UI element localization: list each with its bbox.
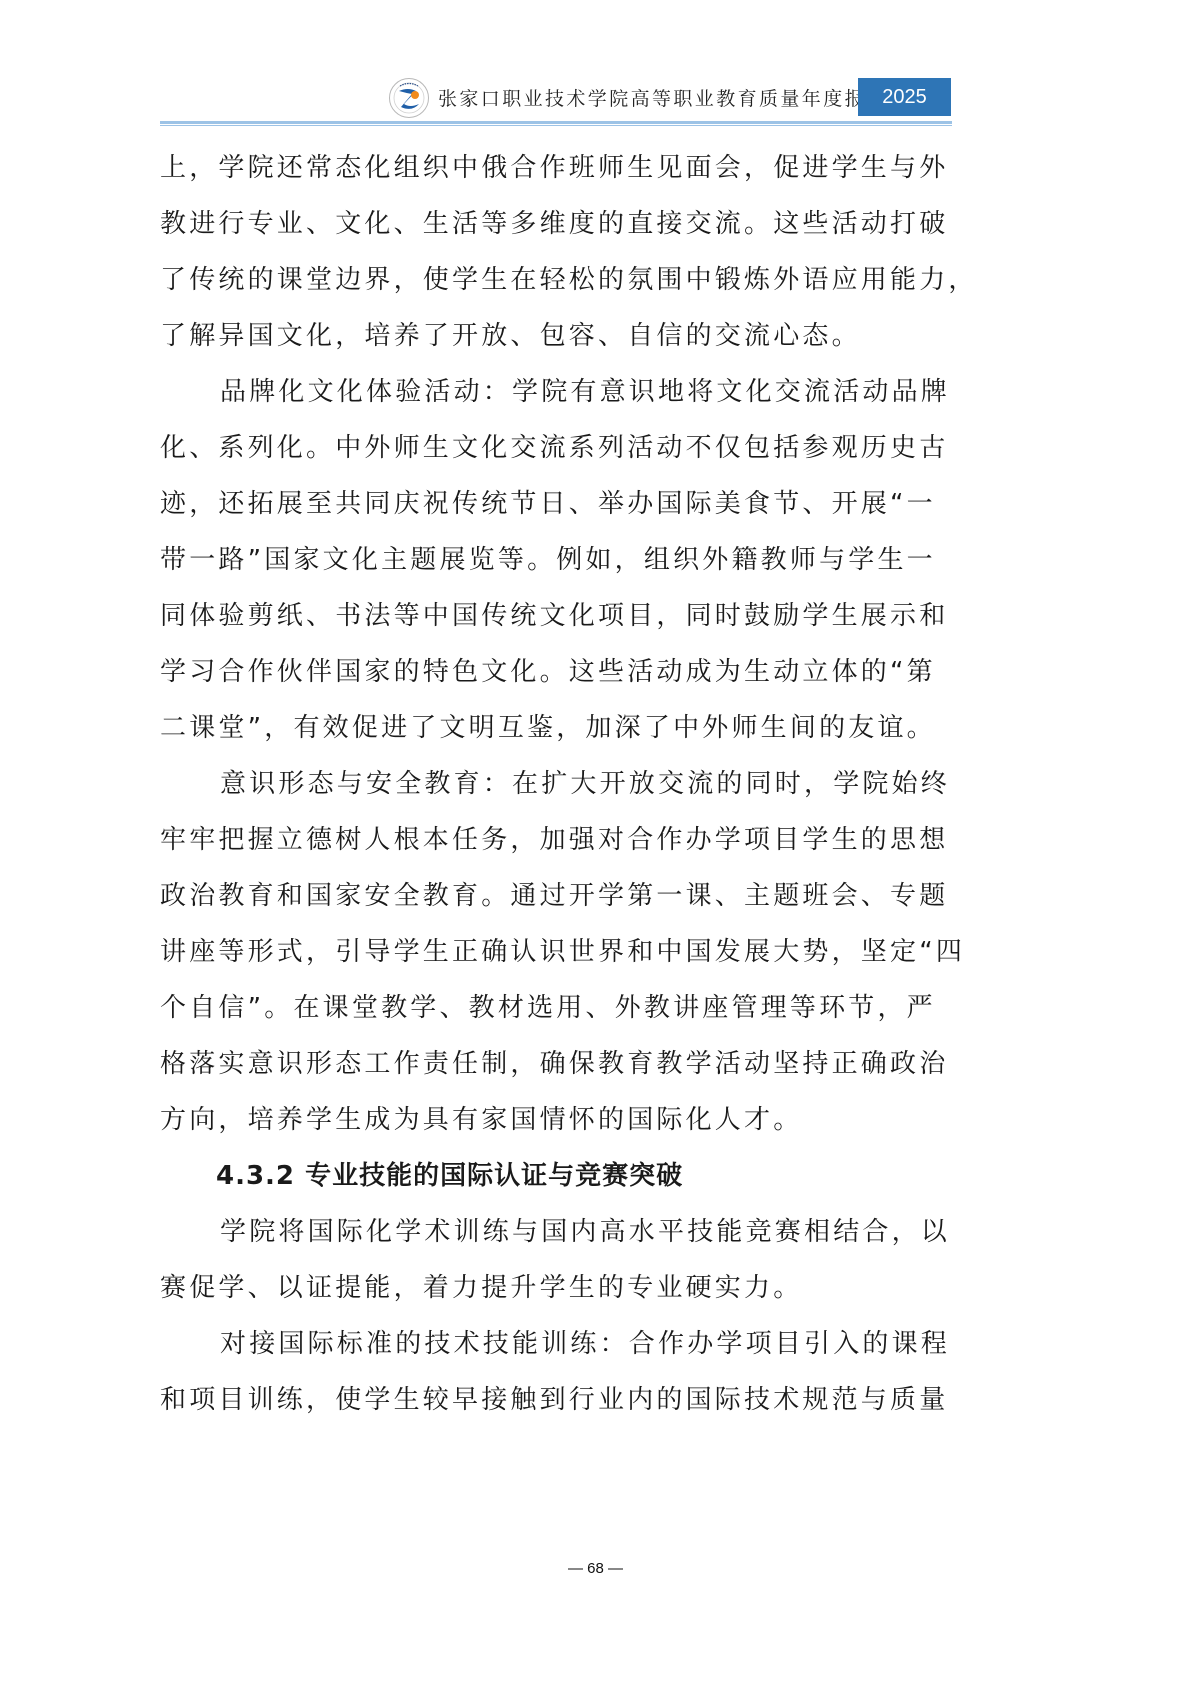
text-line: 上，学院还常态化组织中俄合作班师生见面会，促进学生与外 [160,140,952,196]
text-line: 了传统的课堂边界，使学生在轻松的氛围中锻炼外语应用能力， [160,252,952,308]
year-badge: 2025 [858,78,951,116]
text-line: 二课堂”，有效促进了文明互鉴，加深了中外师生间的友谊。 [160,700,952,756]
paragraph-start-line: 对接国际标准的技术技能训练：合作办学项目引入的课程 [160,1316,952,1372]
text-line: 格落实意识形态工作责任制，确保教育教学活动坚持正确政治 [160,1036,952,1092]
document-page: 张家口职业技术学院高等职业教育质量年度报告 2025 上，学院还常态化组织中俄合… [0,0,1191,1684]
text-line: 讲座等形式，引导学生正确认识世界和中国发展大势，坚定“四 [160,924,952,980]
report-title: 张家口职业技术学院高等职业教育质量年度报告 [438,84,887,114]
paragraph-start-line: 意识形态与安全教育：在扩大开放交流的同时，学院始终 [160,756,952,812]
text-line: 迹，还拓展至共同庆祝传统节日、举办国际美食节、开展“一 [160,476,952,532]
college-logo-icon [388,77,430,119]
page-number: — 68 — [0,1560,1191,1577]
paragraph-start-line: 品牌化文化体验活动：学院有意识地将文化交流活动品牌 [160,364,952,420]
text-line: 教进行专业、文化、生活等多维度的直接交流。这些活动打破 [160,196,952,252]
section-heading: 4.3.2 专业技能的国际认证与竞赛突破 [160,1148,952,1204]
text-line: 化、系列化。中外师生文化交流系列活动不仅包括参观历史古 [160,420,952,476]
page-header: 张家口职业技术学院高等职业教育质量年度报告 2025 [160,76,952,118]
text-line: 同体验剪纸、书法等中国传统文化项目，同时鼓励学生展示和 [160,588,952,644]
text-line: 学习合作伙伴国家的特色文化。这些活动成为生动立体的“第 [160,644,952,700]
text-line: 方向，培养学生成为具有家国情怀的国际化人才。 [160,1092,952,1148]
paragraph-start-line: 学院将国际化学术训练与国内高水平技能竞赛相结合，以 [160,1204,952,1260]
header-divider [160,121,952,127]
text-line: 牢牢把握立德树人根本任务，加强对合作办学项目学生的思想 [160,812,952,868]
text-line: 和项目训练，使学生较早接触到行业内的国际技术规范与质量 [160,1372,952,1428]
body-text: 上，学院还常态化组织中俄合作班师生见面会，促进学生与外 教进行专业、文化、生活等… [160,140,952,1428]
text-line: 个自信”。在课堂教学、教材选用、外教讲座管理等环节，严 [160,980,952,1036]
text-line: 了解异国文化，培养了开放、包容、自信的交流心态。 [160,308,952,364]
text-line: 带一路”国家文化主题展览等。例如，组织外籍教师与学生一 [160,532,952,588]
text-line: 赛促学、以证提能，着力提升学生的专业硬实力。 [160,1260,952,1316]
text-line: 政治教育和国家安全教育。通过开学第一课、主题班会、专题 [160,868,952,924]
